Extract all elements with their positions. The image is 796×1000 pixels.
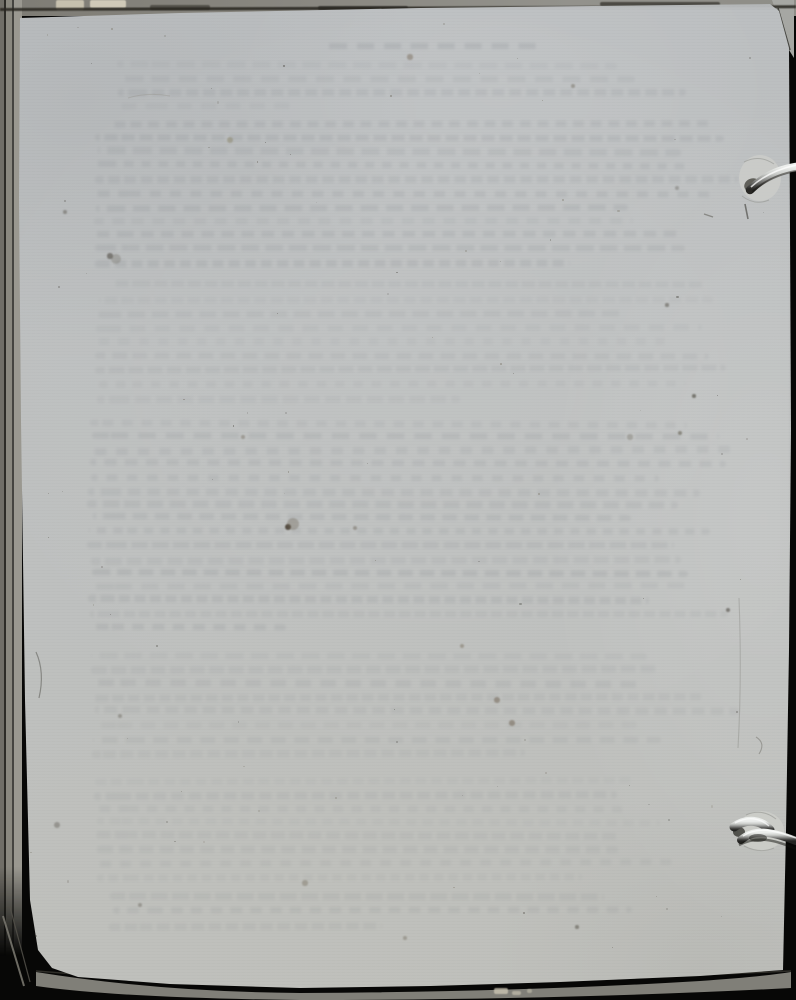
binder-rings [0, 0, 796, 1000]
binder-ring-top [739, 155, 796, 202]
photograph-canvas [0, 0, 796, 1000]
binder-ring-bottom [733, 811, 796, 851]
